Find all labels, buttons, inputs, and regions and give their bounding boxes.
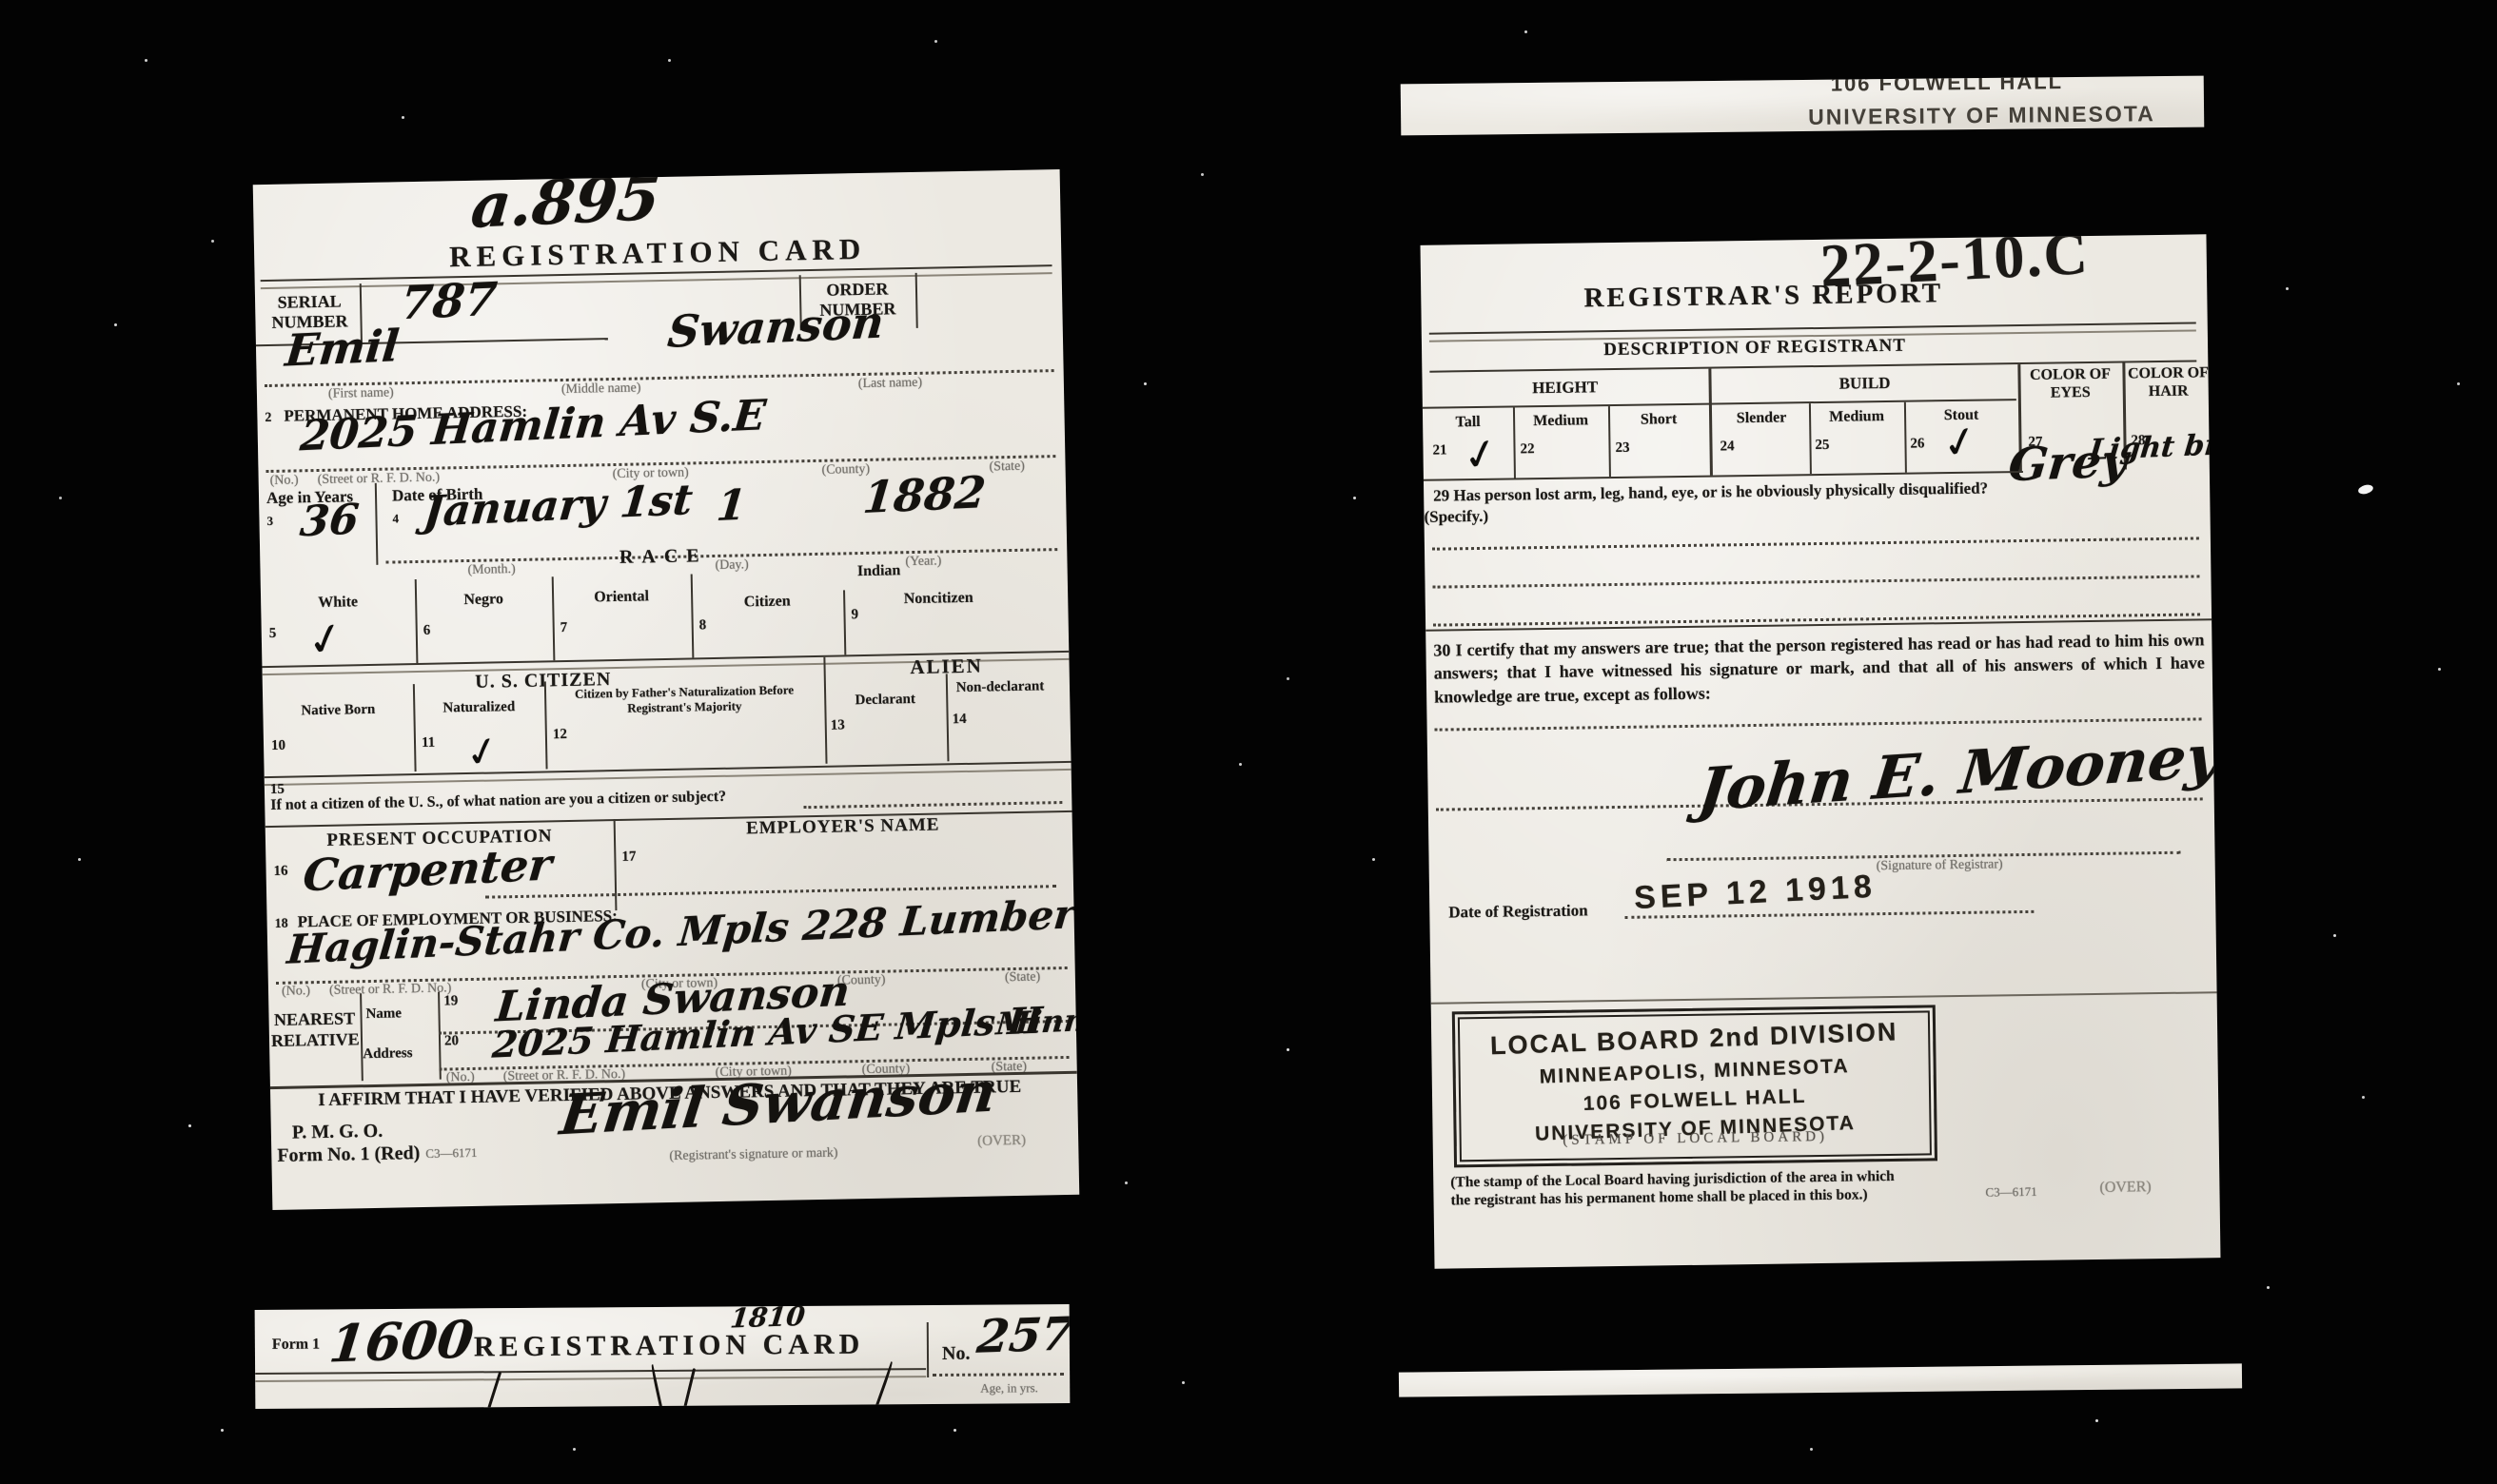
height-group-header: HEIGHT bbox=[1423, 377, 1708, 400]
employment-caption-state: (State) bbox=[1005, 970, 1041, 986]
address-caption-county: (County) bbox=[821, 462, 870, 478]
front-over-label: (OVER) bbox=[977, 1133, 1026, 1150]
desc-no-23: 23 bbox=[1615, 440, 1629, 457]
employment-caption-street: (Street or R. F. D. No.) bbox=[329, 981, 452, 998]
registrant-signature-caption: (Registrant's signature or mark) bbox=[669, 1146, 837, 1164]
front-print-code: C3—6171 bbox=[425, 1145, 477, 1162]
dotted-line bbox=[1432, 537, 2199, 550]
bottom-serial-value: 1600 bbox=[326, 1308, 477, 1374]
citizen-col-naturalized: Naturalized bbox=[413, 698, 544, 717]
occupation-field-number: 16 bbox=[273, 864, 287, 880]
rule bbox=[265, 761, 1072, 786]
citizen-no-14: 14 bbox=[953, 712, 967, 728]
pmgo-line2: Form No. 1 (Red) bbox=[277, 1142, 420, 1167]
first-name-value: Emil bbox=[284, 320, 402, 376]
race-col-oriental: Oriental bbox=[552, 587, 691, 607]
divider-line bbox=[691, 574, 695, 657]
desc-no-22: 22 bbox=[1520, 441, 1534, 458]
bottom-form-label: Form 1 bbox=[272, 1337, 320, 1354]
last-name-caption: (Last name) bbox=[858, 376, 923, 392]
occupation-value: Carpenter bbox=[301, 838, 554, 901]
home-address-number: 2 bbox=[265, 411, 271, 426]
bottom-right-partial-card bbox=[1399, 1363, 2242, 1396]
home-address-value: 2025 Hamlin Av S.E bbox=[298, 391, 768, 460]
serial-number-value: 787 bbox=[399, 273, 500, 331]
relative-name-label: Name bbox=[365, 1006, 402, 1023]
employers-name-header: EMPLOYER'S NAME bbox=[614, 812, 1072, 842]
dotted-line bbox=[265, 369, 1054, 387]
relative-name-number: 19 bbox=[443, 993, 458, 1009]
bottom-no-label: No. bbox=[942, 1343, 971, 1365]
last-name-value: Swanson bbox=[665, 297, 886, 358]
race-col-citizen: Citizen bbox=[691, 592, 843, 612]
race-no-5: 5 bbox=[269, 626, 277, 642]
q30-text: 30 I certify that my answers are true; t… bbox=[1433, 628, 2205, 708]
divider-line bbox=[927, 1322, 929, 1377]
checkmark-icon: ✓ bbox=[461, 725, 503, 778]
employment-caption-no: (No.) bbox=[282, 984, 310, 1000]
checkmark-icon: ✓ bbox=[302, 610, 349, 668]
race-no-8: 8 bbox=[699, 617, 707, 634]
bottom-partial-card: Form 1 1600 1810 REGISTRATION CARD No. 2… bbox=[255, 1304, 1071, 1409]
race-no-6: 6 bbox=[423, 623, 431, 639]
relative-address-label: Address bbox=[363, 1045, 413, 1063]
build-group-header: BUILD bbox=[1713, 372, 2015, 395]
top-partial-line2: UNIVERSITY OF MINNESOTA bbox=[1808, 101, 2155, 130]
stamp-box-footnote: (The stamp of the Local Board having jur… bbox=[1450, 1167, 1917, 1211]
color-of-eyes-header: COLOR OF EYES bbox=[2019, 365, 2121, 403]
registrar-signature: John E. Mooney bbox=[1695, 721, 2220, 825]
q29-text: 29 Has person lost arm, leg, hand, eye, … bbox=[1433, 479, 1988, 506]
citizen-no-11: 11 bbox=[422, 735, 436, 752]
race-col-negro: Negro bbox=[415, 590, 552, 610]
height-medium-label: Medium bbox=[1513, 412, 1608, 430]
first-name-caption: (First name) bbox=[328, 385, 394, 401]
local-board-stamp-box: LOCAL BOARD 2nd DIVISION MINNEAPOLIS, MI… bbox=[1452, 1005, 1937, 1167]
back-print-code: C3—6171 bbox=[1985, 1184, 2036, 1201]
date-stamp: SEP 12 1918 bbox=[1633, 869, 1877, 917]
citizen-col-native: Native Born bbox=[263, 701, 413, 720]
employment-field-number: 18 bbox=[275, 917, 288, 932]
divider-line bbox=[413, 684, 417, 771]
dotted-line bbox=[933, 1373, 1064, 1377]
q15-number: 15 bbox=[270, 782, 285, 798]
dotted-line bbox=[803, 801, 1062, 809]
registrar-signature-caption: (Signature of Registrar) bbox=[1877, 857, 2003, 874]
employer-field-number: 17 bbox=[621, 849, 636, 866]
desc-no-26: 26 bbox=[1910, 436, 1924, 452]
hair-color-value: Light brown bbox=[2088, 426, 2221, 467]
height-short-label: Short bbox=[1608, 411, 1709, 429]
age-field-number: 3 bbox=[266, 514, 273, 529]
race-col-white: White bbox=[261, 593, 415, 613]
race-col-noncitizen: Noncitizen bbox=[843, 589, 1033, 610]
bottom-no-value: 257 bbox=[974, 1307, 1070, 1363]
q15-text: If not a citizen of the U. S., of what n… bbox=[270, 789, 726, 814]
rule bbox=[1431, 991, 2217, 1005]
top-partial-line1: 106 FOLWELL HALL bbox=[1831, 76, 2064, 97]
employment-value: Haglin-Stahr Co. Mpls 228 Lumber Ex bbox=[285, 888, 1080, 973]
top-partial-card: 106 FOLWELL HALL UNIVERSITY OF MINNESOTA bbox=[1401, 76, 2205, 136]
divider-line bbox=[544, 681, 548, 769]
citizen-no-13: 13 bbox=[831, 717, 845, 733]
build-slender-label: Slender bbox=[1714, 409, 1809, 427]
date-of-registration-label: Date of Registration bbox=[1448, 901, 1588, 922]
pmgo-line1: P. M. G. O. bbox=[292, 1121, 383, 1144]
color-of-hair-header: COLOR OF HAIR bbox=[2126, 363, 2211, 401]
address-caption-no: (No.) bbox=[270, 473, 299, 489]
height-tall-label: Tall bbox=[1423, 413, 1513, 431]
citizen-no-12: 12 bbox=[553, 727, 567, 743]
race-no-7: 7 bbox=[560, 620, 568, 636]
desc-no-21: 21 bbox=[1432, 442, 1446, 459]
birth-year-value: 1882 bbox=[861, 466, 989, 523]
back-over-label: (OVER) bbox=[2099, 1179, 2151, 1197]
checkmark-icon: ✓ bbox=[1458, 428, 1503, 483]
desc-no-24: 24 bbox=[1720, 439, 1734, 455]
front-handwritten-code: a.895 bbox=[468, 169, 663, 243]
citizen-col-declarant: Declarant bbox=[824, 691, 946, 709]
birth-day-value: 1 bbox=[715, 481, 749, 531]
photographed-documents-scene: 106 FOLWELL HALL UNIVERSITY OF MINNESOTA… bbox=[0, 0, 2497, 1484]
citizen-col-nondeclarant: Non-declarant bbox=[948, 677, 1052, 697]
divider-line bbox=[360, 993, 364, 1081]
relative-address-number: 20 bbox=[444, 1033, 459, 1049]
divider-line bbox=[438, 992, 442, 1080]
dotted-line bbox=[1433, 575, 2200, 588]
registrars-report-card: 22-2-10.C REGISTRAR'S REPORT DESCRIPTION… bbox=[1421, 234, 2221, 1268]
dust-blob bbox=[2357, 483, 2374, 496]
build-medium-label: Medium bbox=[1809, 408, 1904, 426]
nearest-relative-label: NEAREST RELATIVE bbox=[270, 1008, 359, 1051]
bottom-title: REGISTRATION CARD bbox=[474, 1329, 865, 1364]
bottom-age-label: Age, in yrs. bbox=[980, 1380, 1038, 1396]
dust-speckles bbox=[0, 0, 3, 3]
desc-no-25: 25 bbox=[1815, 438, 1829, 454]
address-caption-state: (State) bbox=[989, 459, 1025, 476]
citizen-col-father: Citizen by Father's Naturalization Befor… bbox=[548, 682, 821, 718]
age-value: 36 bbox=[298, 496, 361, 547]
middle-name-caption: (Middle name) bbox=[561, 381, 641, 398]
citizen-no-10: 10 bbox=[271, 738, 285, 754]
divider-line bbox=[915, 273, 918, 328]
back-title: REGISTRAR'S REPORT bbox=[1421, 276, 2106, 317]
registration-card-front: a.895 REGISTRATION CARD SERIAL NUMBER 78… bbox=[253, 169, 1080, 1210]
relative-state-value: Minn bbox=[994, 1002, 1079, 1042]
q29-specify: (Specify.) bbox=[1424, 507, 1488, 527]
race-no-9: 9 bbox=[851, 607, 858, 623]
birth-field-number: 4 bbox=[392, 511, 399, 526]
